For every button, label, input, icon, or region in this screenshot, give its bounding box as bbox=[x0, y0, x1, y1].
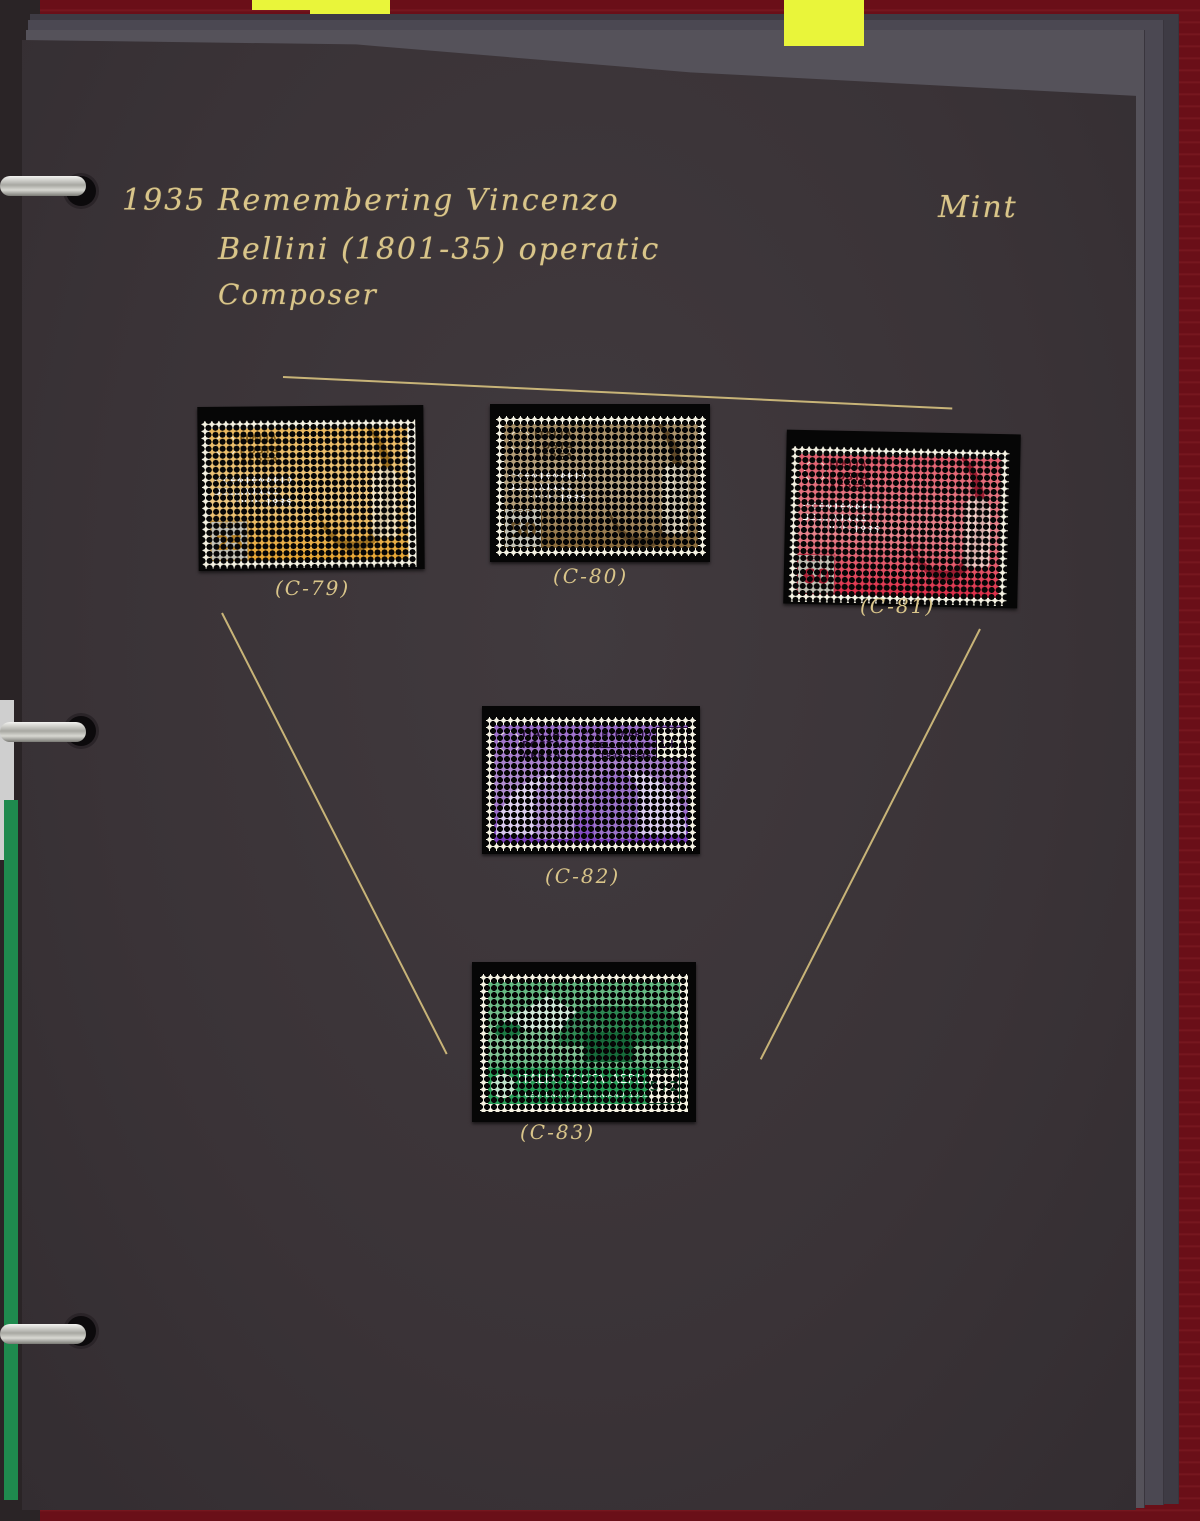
emblem-icon bbox=[804, 460, 826, 482]
stamp-service-1: POSTA bbox=[534, 441, 573, 452]
stamp-value: 5+2 bbox=[649, 1077, 679, 1099]
stamp-inscription-1: I°CENTENARIO bbox=[581, 729, 652, 740]
catalog-number: (C-80) bbox=[553, 564, 628, 588]
stamp-value-box: CENT.50 bbox=[504, 508, 542, 548]
stamp-value: 25 bbox=[211, 531, 247, 555]
stamp-design: ITALIAPOSTAAEREAI°CENTENARIOBELLINIANO18… bbox=[494, 725, 688, 843]
stamp-design: ITALIAPOSTAAEREAI°CENTENARIOBELLINIANO18… bbox=[504, 424, 698, 548]
house-icon bbox=[584, 1032, 634, 1062]
catalog-number: (C-83) bbox=[520, 1120, 595, 1144]
stamp-service-1: POSTA bbox=[240, 445, 279, 456]
stamp-country: ITALIA bbox=[522, 729, 561, 740]
condition-label: Mint bbox=[938, 190, 1018, 225]
emblem-icon bbox=[509, 430, 531, 452]
stamp-country: ITALIA bbox=[829, 461, 869, 473]
stamp-country-text: ITALIAPOSTAAEREA bbox=[829, 461, 869, 495]
catalog-number: (C-79) bbox=[275, 576, 350, 600]
stamp-country: ITALIA bbox=[518, 1072, 558, 1086]
stamp-unit: LIRE bbox=[657, 728, 687, 736]
stamp-years: 1835-1935 bbox=[802, 524, 881, 537]
stamp-service-2: AEREA bbox=[240, 456, 279, 467]
stamp-unit: CENT. bbox=[211, 522, 247, 531]
stamp[interactable]: ITALIAPOSTAAEREAI°CENTENARIOBELLINIANO18… bbox=[788, 446, 1009, 607]
stamp-inscription: I°CENTENARIOBELLINIANO1835-1935 bbox=[508, 472, 587, 505]
stamp[interactable]: ITALIAPOSTAAEREAI°CENTENARIOBELLINIANO18… bbox=[496, 416, 706, 556]
stamp-service-2: AEREA bbox=[829, 483, 869, 495]
heading-line-3: Composer bbox=[218, 278, 378, 311]
emblem-icon bbox=[498, 731, 520, 753]
stamp-value-box: CENT.60 bbox=[797, 554, 836, 595]
heading-line-1: 1935 Remembering Vincenzo bbox=[122, 183, 620, 218]
stamp-country-text: ITALIAPOSTAAEREA bbox=[534, 430, 573, 463]
stamp-unit: LIRE bbox=[649, 1069, 679, 1077]
stamp-design: ITALIAPOSTAAEREAI°CENTENARIOBELLINIANO18… bbox=[209, 427, 408, 561]
stamp-value-box: LIRE5+2 bbox=[648, 1068, 680, 1104]
stamp-country: ITALIA bbox=[534, 430, 573, 441]
binder-ring-icon bbox=[0, 1324, 86, 1344]
stamp[interactable]: ITALIAPOSTAAEREAI°CENTENARIOBELLINIANO18… bbox=[201, 419, 416, 569]
stamp-service-2: AEREA bbox=[522, 751, 561, 762]
stamp[interactable]: ITALIAPOSTAAEREAI°CENTENARIOBELLINIANO18… bbox=[486, 717, 696, 851]
stamp-inscription-2: BELLINIANO bbox=[581, 740, 652, 751]
stamp-value-box: CENT.25 bbox=[210, 521, 248, 561]
stamp-design: ITALIAPOSTAAEREAI°CENTENARIOBELLINIANO18… bbox=[797, 454, 1002, 598]
emblem-icon bbox=[491, 1074, 515, 1098]
tree-icon bbox=[494, 1022, 522, 1038]
stamp-design: ITALIAPOSTAAEREAI°CENTENARIO BELLINIANO1… bbox=[488, 982, 680, 1104]
stamp-inscription-1: I°CENTENARIO bbox=[214, 476, 293, 488]
stamp-inscription-1: I°CENTENARIO BELLINIANO bbox=[518, 1091, 625, 1099]
stamp-years: 1835-1935 bbox=[581, 751, 652, 762]
stamp-years: 1835-1935 bbox=[214, 498, 293, 510]
stamp[interactable]: ITALIAPOSTAAEREAI°CENTENARIO BELLINIANO1… bbox=[480, 974, 688, 1112]
stamp-inscription: I°CENTENARIOBELLINIANO1835-1935 bbox=[581, 729, 652, 762]
stamp-inscription: I°CENTENARIOBELLINIANO1835-1935 bbox=[802, 502, 882, 537]
binder-ring-icon bbox=[0, 176, 86, 196]
angel-violin-icon bbox=[594, 771, 638, 839]
stamp-inscription-2: BELLINIANO bbox=[508, 483, 587, 494]
heading-line-2: Bellini (1801-35) operatic bbox=[218, 232, 660, 267]
stamp-title-line: ITALIAPOSTAAEREA bbox=[518, 1072, 653, 1086]
stamp-value: 50 bbox=[505, 518, 541, 542]
stamp-value: 1+1 bbox=[657, 736, 687, 754]
catalog-number: (C-81) bbox=[860, 594, 935, 618]
angel-icon bbox=[534, 779, 574, 839]
stamp-service-2: AEREA bbox=[534, 452, 573, 463]
figure-icon bbox=[372, 467, 399, 537]
stamp-service-1: POSTA bbox=[522, 740, 561, 751]
stamp-service-1: POSTA bbox=[564, 1072, 605, 1086]
stamp-value-box: LIRE1+1 bbox=[656, 727, 688, 759]
stamp-service-1: POSTA bbox=[829, 472, 869, 484]
underlying-green-sheet bbox=[4, 800, 18, 1500]
stamp-inscription: I°CENTENARIOBELLINIANO1835-1935 bbox=[214, 476, 293, 510]
stamp-country-text: ITALIAPOSTAAEREA bbox=[239, 434, 279, 467]
stamp-years: 1835-1935 bbox=[508, 494, 587, 505]
index-tab[interactable] bbox=[784, 0, 864, 46]
stamp-country-text: ITALIAPOSTAAEREA bbox=[522, 729, 561, 762]
binder-ring-icon bbox=[0, 722, 86, 742]
stamp-inscription-2: BELLINIANO bbox=[802, 513, 881, 526]
stamp-unit: CENT. bbox=[505, 509, 541, 518]
stamp-inscription-1: I°CENTENARIO bbox=[508, 472, 587, 483]
emblem-icon bbox=[214, 435, 236, 457]
index-tab[interactable] bbox=[310, 0, 390, 14]
stamp-inscription-2: BELLINIANO bbox=[214, 487, 293, 499]
figure-icon bbox=[963, 497, 990, 568]
figure-icon bbox=[662, 464, 688, 534]
catalog-number: (C-82) bbox=[545, 864, 620, 888]
stamp-country: ITALIA bbox=[239, 434, 278, 445]
stamp-value: 60 bbox=[798, 564, 834, 589]
